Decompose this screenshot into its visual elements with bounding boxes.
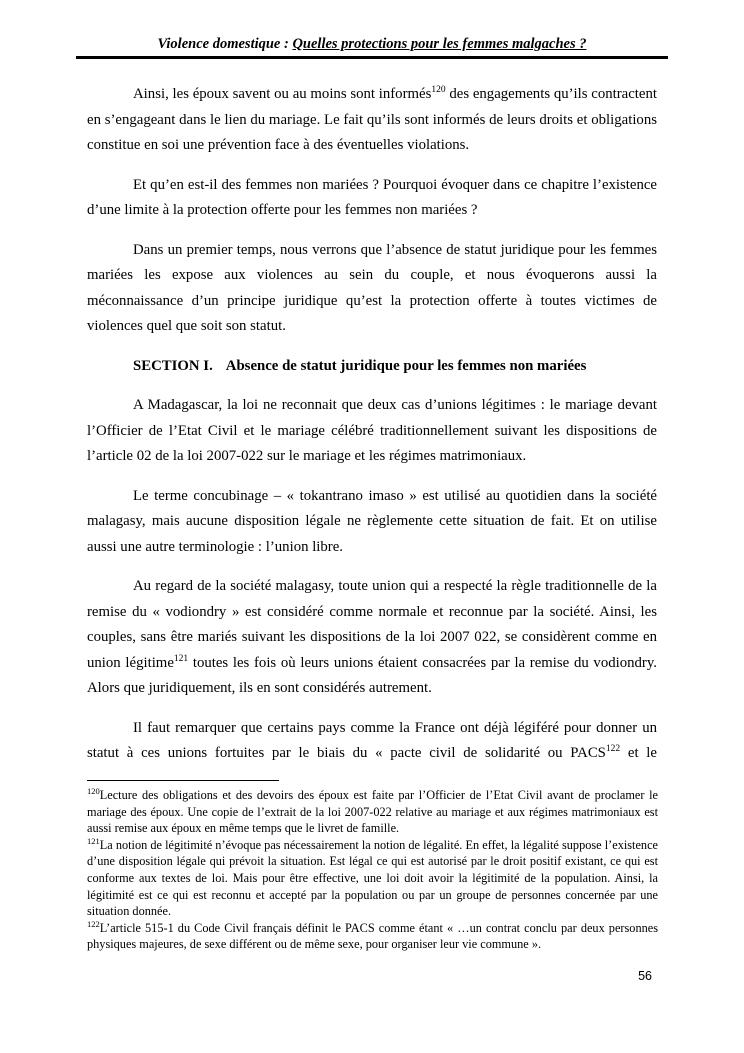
paragraph: Il faut remarquer que certains pays comm… [87, 716, 657, 767]
header-rule [76, 56, 668, 59]
body-text: Ainsi, les époux savent ou au moins sont… [87, 82, 657, 781]
header-title-plain: Violence domestique : [158, 36, 293, 52]
footnote-reference: 120 [431, 85, 445, 95]
footnote-reference: 121 [174, 654, 188, 664]
running-header: Violence domestique : Quelles protection… [76, 36, 668, 53]
paragraph-text: Ainsi, les époux savent ou au moins sont… [133, 86, 431, 102]
section-label: SECTION I. [133, 358, 213, 374]
section-heading: SECTION I.Absence de statut juridique po… [87, 354, 657, 380]
footnote: 122L’article 515-1 du Code Civil françai… [87, 920, 658, 953]
paragraph-text: Et qu’en est-il des femmes non mariées ?… [87, 177, 657, 219]
paragraph: Au regard de la société malagasy, toute … [87, 574, 657, 702]
footnote-text: La notion de légitimité n’évoque pas néc… [87, 838, 658, 918]
header-title-underlined: Quelles protections pour les femmes malg… [292, 36, 586, 52]
paragraph: Le terme concubinage – « tokantrano imas… [87, 484, 657, 561]
paragraph: Dans un premier temps, nous verrons que … [87, 238, 657, 340]
section-title: Absence de statut juridique pour les fem… [226, 358, 587, 374]
footnote-separator-rule [87, 780, 279, 781]
paragraph-text: Le terme concubinage – « tokantrano imas… [87, 488, 657, 555]
footnote-marker: 121 [87, 836, 100, 846]
footnote-marker: 122 [87, 919, 100, 929]
footnote-reference: 122 [606, 744, 620, 754]
paragraph: Et qu’en est-il des femmes non mariées ?… [87, 173, 657, 224]
paragraph: Ainsi, les époux savent ou au moins sont… [87, 82, 657, 159]
footnote: 121La notion de légitimité n’évoque pas … [87, 837, 658, 920]
paragraph-text: et le [620, 745, 657, 761]
paragraph-text: Il faut remarquer que certains pays comm… [87, 720, 657, 762]
paragraph-text: Dans un premier temps, nous verrons que … [87, 242, 657, 335]
paragraph-text: A Madagascar, la loi ne reconnait que de… [87, 397, 657, 464]
footnotes-section: 120Lecture des obligations et des devoir… [87, 780, 658, 953]
footnote-text: Lecture des obligations et des devoirs d… [87, 788, 658, 835]
paragraph: A Madagascar, la loi ne reconnait que de… [87, 393, 657, 470]
footnote-marker: 120 [87, 786, 100, 796]
footnote: 120Lecture des obligations et des devoir… [87, 787, 658, 837]
document-page: Violence domestique : Quelles protection… [0, 0, 744, 1053]
page-number: 56 [638, 969, 652, 983]
footnote-text: L’article 515-1 du Code Civil français d… [87, 921, 658, 952]
